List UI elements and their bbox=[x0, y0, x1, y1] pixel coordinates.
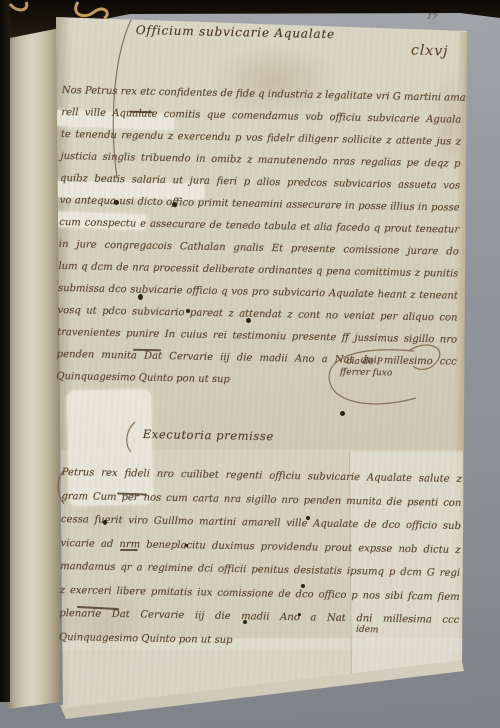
manuscript-photo: Officium subvicarie Aqualate clxvj 17 No… bbox=[0, 0, 500, 728]
ink-strokes bbox=[0, 0, 500, 728]
